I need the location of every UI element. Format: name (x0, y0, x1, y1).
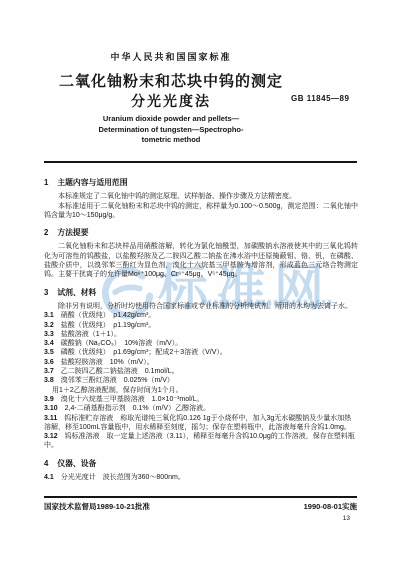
section-1-paragraph: 本标准规定了二氧化铀中钨的测定原理、试样制备、操作步骤及方法精密度。 (44, 192, 358, 201)
reagent-number: 3.3 (44, 331, 54, 338)
section-2-heading: 2方法提要 (44, 228, 358, 237)
page-number: 13 (343, 515, 350, 522)
document-title-line1: 二氧化铀粉末和芯块中钨的测定 (40, 70, 302, 91)
english-title-line1: Uranium dioxide powder and pellets— (40, 114, 302, 125)
reagent-number: 3.4 (44, 340, 54, 347)
reagent-text: 硝酸（优级纯） ρ1.42g/cm³。 (61, 312, 156, 319)
section-4-heading: 4仪器、设备 (44, 459, 358, 468)
reagent-item: 3.2盐酸（优级纯） ρ1.19g/cm³。 (44, 321, 358, 330)
section-3-number: 3 (44, 288, 48, 297)
section-3-heading: 3试剂、材料 (44, 288, 358, 297)
reagent-text: 乙二胺四乙酸二钠盐溶液 0.1mol/L。 (61, 368, 179, 375)
reagent-item: 3.102,4-二硝基酚指示剂 0.1%（m/V）乙醇溶液。 (44, 404, 358, 413)
reagent-number: 3.6 (44, 359, 54, 366)
reagent-number: 3.8 (44, 377, 54, 384)
reagent-item: 3.12钨标准溶液 取一定量上述溶液（3.11），稀释至每毫升含钨10.0μg的… (44, 432, 358, 451)
reagent-number: 3.2 (44, 322, 54, 329)
reagent-item: 3.1硝酸（优级纯） ρ1.42g/cm³。 (44, 311, 358, 320)
section-2-number: 2 (44, 228, 48, 237)
reagent-text: 盐酸溶液（1＋1）。 (61, 331, 121, 338)
reagent-item: 3.3盐酸溶液（1＋1）。 (44, 330, 358, 339)
reagent-text: 盐酸（优级纯） ρ1.19g/cm³。 (61, 322, 156, 329)
section-2-title: 方法提要 (57, 228, 88, 237)
reagent-item: 3.5磷酸（优级纯） ρ1.69g/cm³；配成2＋3溶液（V/V）。 (44, 348, 358, 357)
reagent-item: 3.8溴邻苯三酚红溶液 0.025%（m/V） (44, 376, 358, 385)
reagent-number: 3.7 (44, 368, 54, 375)
section-2-paragraph: 二氧化铀粉末和芯块样品用硝酸溶解，转化为氯化铀酰型，加碳酸钠水溶液使其中的三氧化… (44, 242, 358, 279)
section-4-title: 仪器、设备 (57, 459, 96, 468)
reagent-item: 3.6盐酸羟胺溶液 10%（m/V）。 (44, 358, 358, 367)
footer-divider (44, 496, 357, 498)
reagent-item: 3.9溴化十六烷基三甲基胺溶液 1.0×10⁻³mol/L。 (44, 395, 358, 404)
reagent-number: 3.11 (44, 415, 57, 422)
reagent-text: 磷酸（优级纯） ρ1.69g/cm³；配成2＋3溶液（V/V）。 (61, 349, 227, 356)
reagent-text: 2,4-二硝基酚指示剂 0.1%（m/V）乙醇溶液。 (65, 405, 210, 412)
footer: 国家技术监督局1989-10-21批准 1990-08-01实施 (44, 501, 357, 512)
reagent-item-continuation: 用1＋2乙醇溶液配制，保存时间为1个月。 (44, 386, 358, 395)
section-3-intro: 除非另有说明，分析时均使用符合国家标准或专业标准的分析纯试剂。所用的水均为去离子… (44, 302, 358, 311)
instrument-text: 分光光度计 波长范围为360～800nm。 (61, 474, 185, 481)
reagent-item: 3.7乙二胺四乙酸二钠盐溶液 0.1mol/L。 (44, 367, 358, 376)
reagent-text: 溴化十六烷基三甲基胺溶液 1.0×10⁻³mol/L。 (61, 396, 204, 403)
section-3-title: 试剂、材料 (57, 288, 96, 297)
section-4-number: 4 (44, 459, 48, 468)
instrument-number: 4.1 (44, 474, 54, 481)
document-title-line2: 分光光度法 (40, 91, 302, 111)
reagent-number: 3.1 (44, 312, 54, 319)
reagent-text: 碳酸钠（Na₂CO₃） 10%溶液（m/V）。 (61, 340, 182, 347)
section-1-number: 1 (44, 178, 48, 187)
reagent-item: 3.11钨标准贮存溶液 称取光谱纯三氧化钨0.126 1g于小烧杯中，加入3g无… (44, 414, 358, 433)
standard-code: GB 11845—89 (291, 94, 349, 103)
reagent-text: 盐酸羟胺溶液 10%（m/V）。 (61, 359, 154, 366)
standard-label: 中华人民共和国国家标准 (40, 50, 302, 63)
document-page: 标准网 中华人民共和国国家标准 二氧化铀粉末和芯块中钨的测定 分光光度法 Ura… (0, 0, 400, 562)
approval-note: 国家技术监督局1989-10-21批准 (44, 501, 150, 512)
reagent-number: 3.9 (44, 396, 54, 403)
reagent-text: 溴邻苯三酚红溶液 0.025%（m/V） (61, 377, 174, 384)
document-body: 1主题内容与适用范围 本标准规定了二氧化铀中钨的测定原理、试样制备、操作步骤及方… (44, 170, 358, 482)
reagent-text: 钨标准贮存溶液 称取光谱纯三氧化钨0.126 1g于小烧杯中，加入3g无水碳酸钠… (44, 415, 351, 431)
reagent-number: 3.10 (44, 405, 58, 412)
implementation-note: 1990-08-01实施 (304, 501, 357, 512)
section-1-heading: 1主题内容与适用范围 (44, 178, 358, 187)
reagent-item: 3.4碳酸钠（Na₂CO₃） 10%溶液（m/V）。 (44, 339, 358, 348)
document-title-english: Uranium dioxide powder and pellets— Dete… (40, 114, 302, 146)
reagent-text: 钨标准溶液 取一定量上述溶液（3.11），稀释至每毫升含钨10.0μg的工作溶液… (44, 433, 355, 449)
instrument-item: 4.1分光光度计 波长范围为360～800nm。 (44, 473, 358, 482)
section-1-title: 主题内容与适用范围 (57, 178, 127, 187)
header-divider (44, 161, 357, 163)
reagent-number: 3.12 (44, 433, 58, 440)
english-title-line2: Determination of tungsten—Spectropho- (40, 125, 302, 136)
english-title-line3: tometric method (40, 135, 302, 146)
reagent-number: 3.5 (44, 349, 54, 356)
section-1-paragraph: 本标准适用于二氧化铀粉末和芯块中钨的测定，称样量为0.100～0.500g，测定… (44, 202, 358, 221)
